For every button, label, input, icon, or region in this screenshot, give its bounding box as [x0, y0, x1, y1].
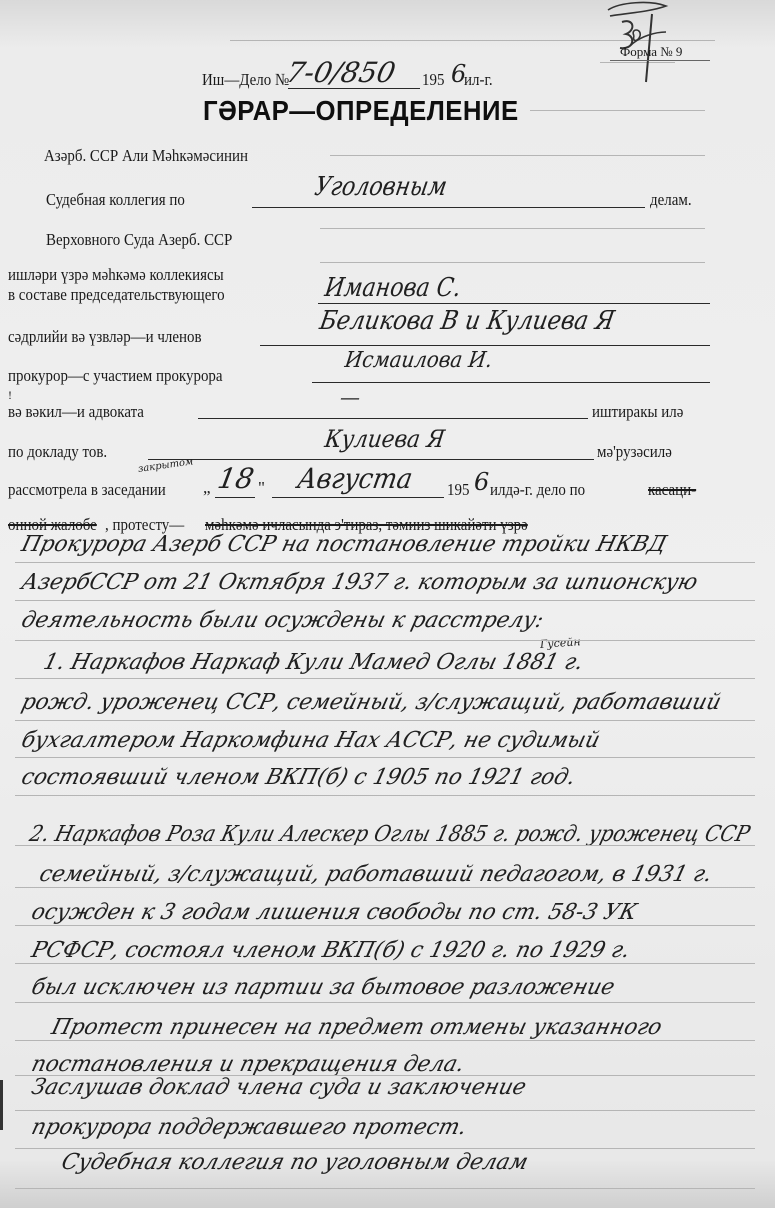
handwritten-annotation: Гусейн: [540, 635, 581, 651]
handwritten-line: 2. Наркафов Роза Кули Алескер Оглы 1885 …: [27, 822, 752, 847]
session-month-underline: [272, 497, 444, 498]
handwritten-line: Заслушав доклад члена суда и заключение: [29, 1075, 529, 1100]
advocate-underline: [198, 418, 588, 419]
document-title: ГƏРАР—ОПРЕДЕЛЕНИЕ: [203, 95, 519, 127]
session-day: 18: [215, 462, 256, 495]
prosecutor-label: прокурор—с участием прокурора: [8, 366, 223, 386]
handwritten-line: РСФСР, состоял членом ВКП(б) с 1920 г. п…: [29, 938, 633, 963]
archive-stamp-icon: [600, 0, 670, 85]
ruled-line: [15, 600, 755, 601]
quote-close: ": [258, 478, 265, 498]
ruled-line: [15, 640, 755, 641]
presiding-underline: [318, 303, 710, 304]
ruled-line: [15, 1075, 755, 1076]
handwritten-line: Судебная коллегия по уголовным делам: [59, 1150, 531, 1175]
report-underline: [148, 459, 594, 460]
ruled-line: [15, 678, 755, 679]
handwritten-line: деятельность были осуждены к расстрелу:: [19, 608, 546, 633]
ruled-line: [15, 562, 755, 563]
ruled-line: [15, 1110, 755, 1111]
handwritten-line: осужден к 3 годам лишения свободы по ст.…: [29, 900, 640, 925]
handwritten-line: семейный, з/служащий, работавший педагог…: [37, 862, 715, 887]
case-number-underline: [288, 88, 420, 89]
session-year-handwritten: 6: [474, 468, 489, 496]
handwritten-line: бухгалтером Наркомфина Нах АССР, не суди…: [19, 728, 603, 753]
report-suffix: мә'рузәсилә: [597, 442, 672, 462]
court-name-az: Азәрб. ССР Али Мәһкәмәсинин: [44, 146, 248, 166]
handwritten-line: АзербССР от 21 Октября 1937 г. которым з…: [19, 570, 700, 595]
advocate-value: —: [340, 385, 360, 409]
ruled-line: [15, 963, 755, 964]
prosecutor-underline: [312, 382, 710, 383]
form-underline: [610, 60, 710, 61]
report-value: Кулиева Я: [323, 425, 446, 453]
collegium-suffix: делам.: [650, 190, 692, 210]
ruled-line: [530, 110, 705, 111]
members-underline: [260, 345, 710, 346]
session-suffix: илдә-г. дело по: [490, 480, 585, 500]
document-page: Форма № 9 Иш—Дело № 7-0/850 195 6 ил-г. …: [0, 0, 775, 1208]
handwritten-line: постановления и прекращения дела.: [29, 1052, 467, 1077]
supreme-court-name: Верховного Суда Азерб. ССР: [46, 230, 232, 250]
quote-open: „: [203, 478, 211, 498]
session-annotation: закрытом: [137, 456, 194, 475]
session-month: Августа: [295, 462, 415, 495]
ruled-line: [15, 1188, 755, 1189]
ruled-line: [15, 757, 755, 758]
handwritten-line: состоявший членом ВКП(б) с 1905 по 1921 …: [19, 765, 578, 790]
advocate-label: вә вәкил—и адвоката: [8, 402, 144, 422]
ruled-line: [15, 1002, 755, 1003]
ruled-line: [320, 228, 705, 229]
members-value: Беликова В и Кулиева Я: [317, 306, 616, 336]
handwritten-line: прокурора поддержавшего протест.: [29, 1115, 469, 1140]
case-number: 7-0/850: [283, 56, 398, 89]
ruled-line: [15, 1148, 755, 1149]
ruled-line: [15, 720, 755, 721]
presiding-label-az: ишләри үзрә мәһкәмә коллекиясы: [8, 265, 224, 285]
session-year-prefix: 195: [447, 480, 469, 500]
ruled-line: [330, 155, 705, 156]
ruled-line: [15, 845, 755, 846]
ruled-line: [15, 887, 755, 888]
year-label: ил-г.: [464, 70, 493, 90]
collegium-value: Уголовным: [312, 172, 449, 202]
advocate-suffix: иштиракы илә: [592, 402, 683, 422]
collegium-underline: [252, 207, 645, 208]
page-edge: [0, 1080, 3, 1130]
presiding-value: Иманова С.: [323, 273, 463, 303]
margin-mark: !: [8, 388, 12, 403]
handwritten-line: Прокурора Азерб ССР на постановление тро…: [19, 532, 669, 557]
session-day-underline: [215, 497, 255, 498]
ruled-line: [15, 1040, 755, 1041]
collegium-label: Судебная коллегия по: [46, 190, 185, 210]
prosecutor-value: Исмаилова И.: [343, 348, 494, 373]
form-number: Форма № 9: [620, 44, 682, 60]
ruled-line: [15, 795, 755, 796]
year-prefix: 195: [422, 70, 444, 90]
ruled-line: [320, 262, 705, 263]
struck-cassation-1: касаци-: [648, 480, 696, 500]
ruled-line: [15, 925, 755, 926]
report-label: по докладу тов.: [8, 442, 107, 462]
handwritten-line: был исключен из партии за бытовое разлож…: [29, 975, 617, 1000]
presiding-label: в составе председательствующего: [8, 285, 225, 305]
handwritten-line: 1. Наркафов Наркаф Кули Мамед Оглы 1881 …: [41, 650, 586, 675]
session-label: рассмотрела в заседании: [8, 480, 166, 500]
handwritten-line: Протест принесен на предмет отмены указа…: [49, 1015, 665, 1040]
members-label: сәдрлийи вә үзвләр—и членов: [8, 327, 202, 347]
handwritten-line: рожд. уроженец ССР, семейный, з/служащий…: [19, 690, 724, 715]
case-prefix: Иш—Дело №: [202, 70, 289, 90]
